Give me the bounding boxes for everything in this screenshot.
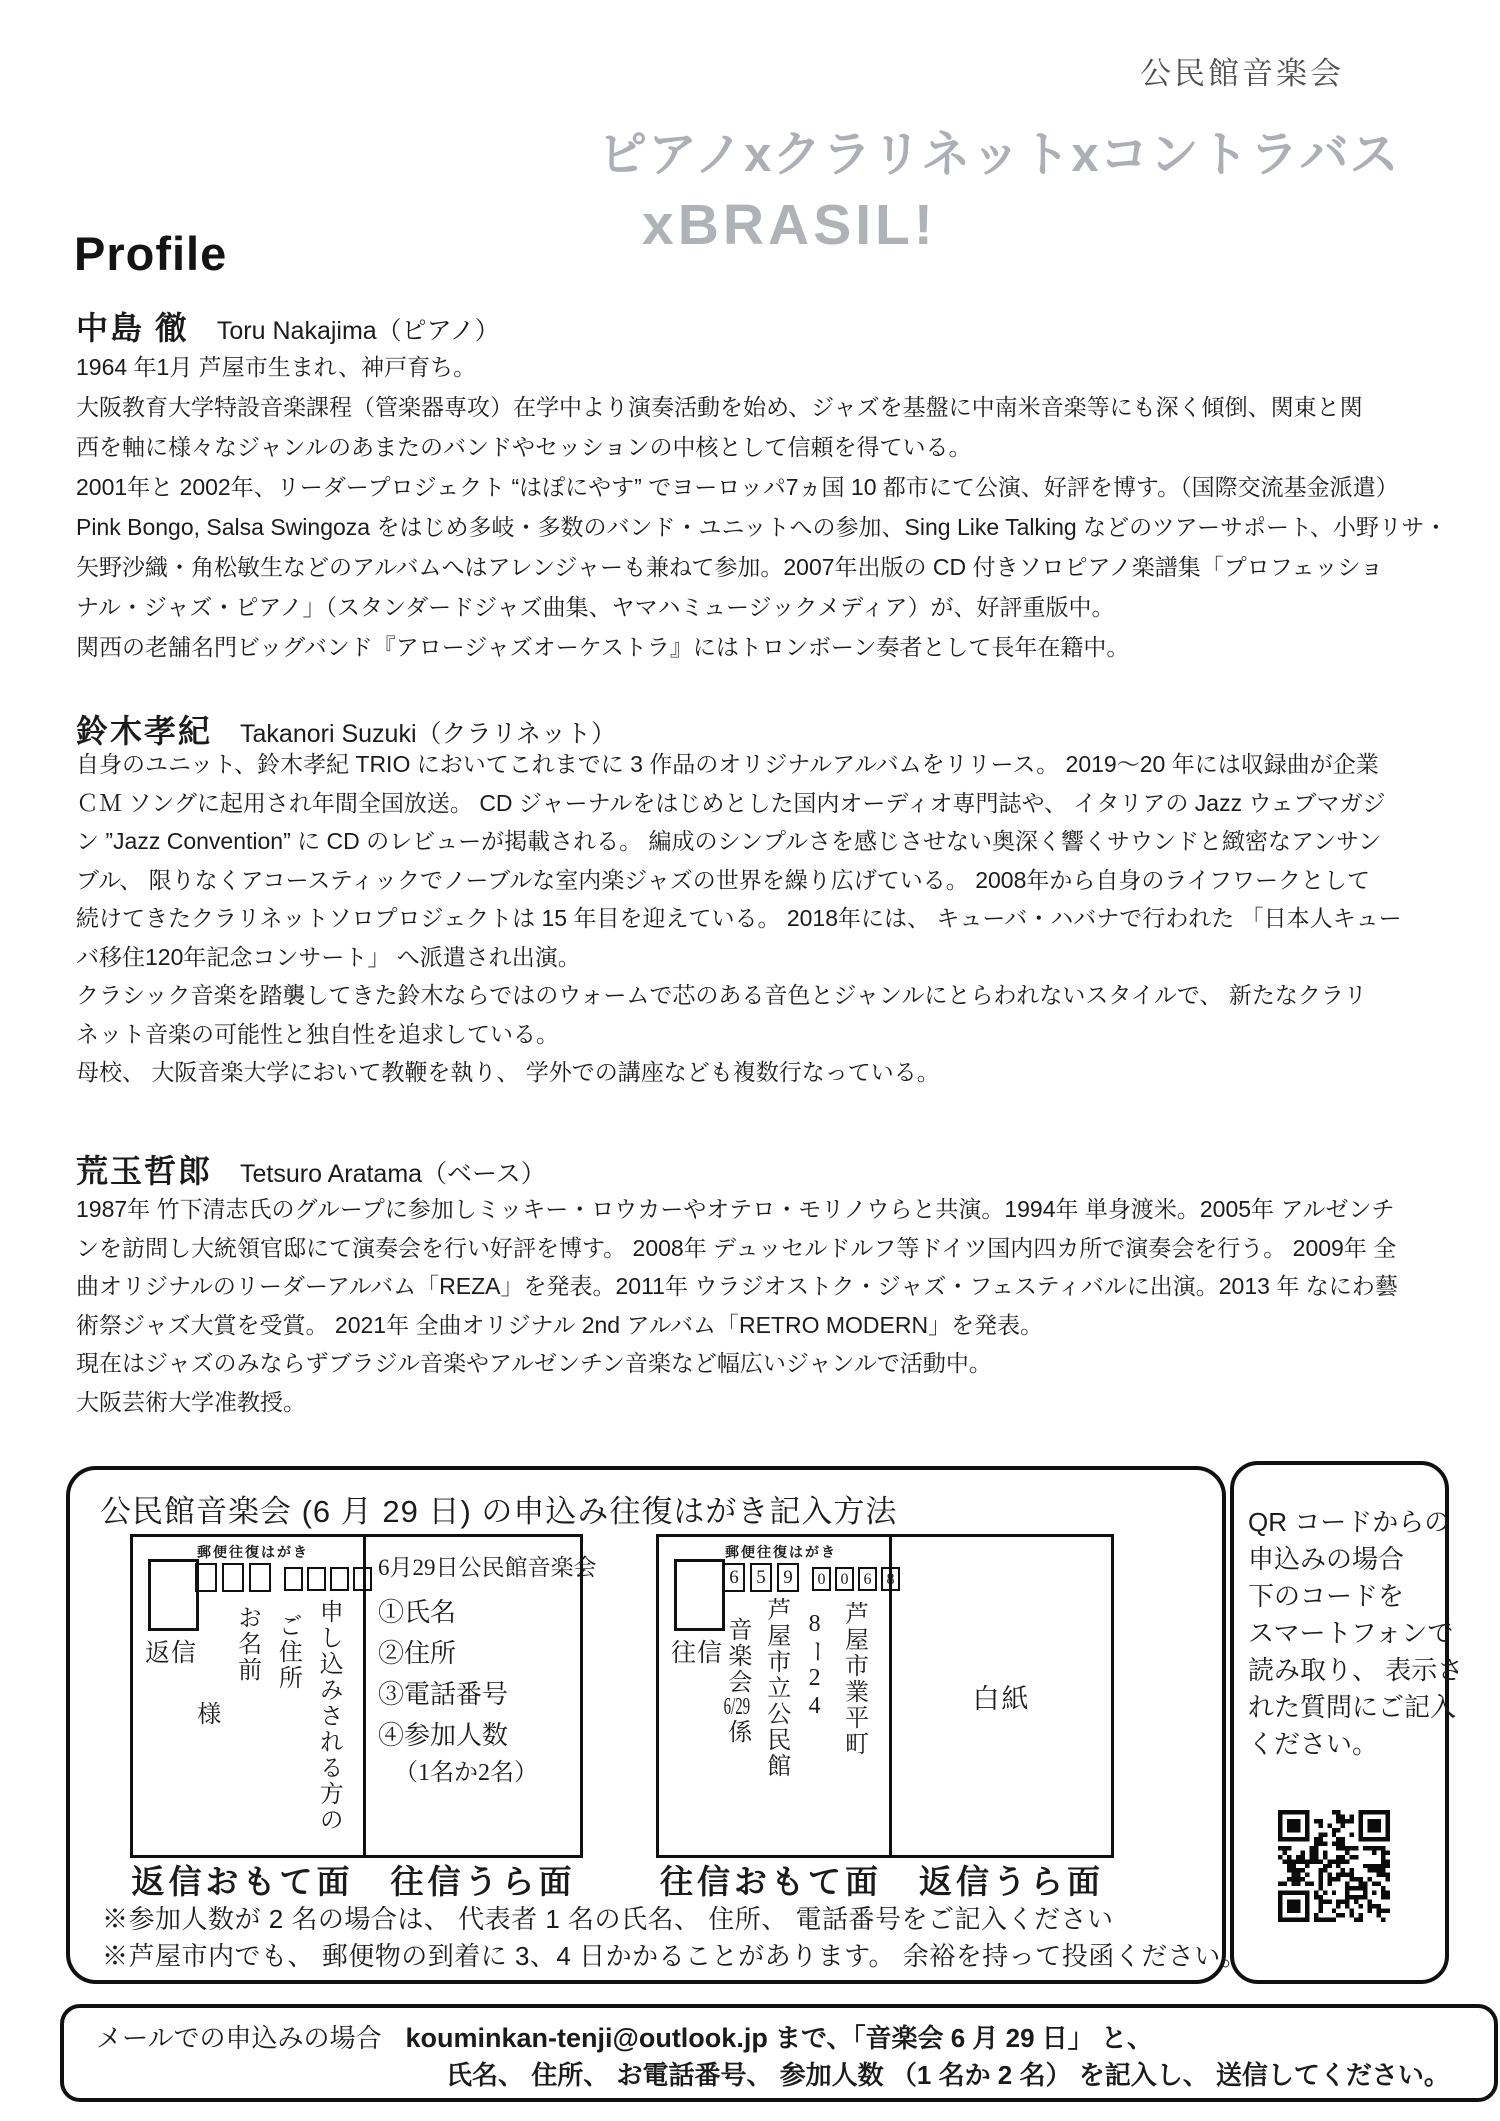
bio-line: ンを訪問し大統領官邸にて演奏会を行い好評を博す。 2008年 デュッセルドルフ等… — [76, 1229, 1480, 1268]
bio-line: ネット音楽の可能性と独自性を追求している。 — [76, 1015, 1480, 1054]
profile-heading: Profile — [74, 226, 227, 281]
bio-line: バ移住120年記念コンサート」 へ派遣され出演。 — [76, 938, 1480, 977]
card-item: ②住所 — [378, 1633, 574, 1674]
postal-box — [307, 1567, 326, 1591]
email-address: kouminkan-tenji@outlook.jp — [405, 2023, 767, 2053]
hagaki-label: 郵便往復はがき — [197, 1542, 309, 1562]
vertical-line: 芦屋市業平町 — [834, 1593, 873, 1849]
qr-text-line: 読み取り、 表示さ — [1248, 1652, 1463, 1689]
member-2-romaji: Takanori Suzuki（クラリネット） — [240, 720, 616, 748]
member-3-bio: 1987年 竹下清志氏のグループに参加しミッキー・ロウカーやオテロ・モリノウらと… — [76, 1190, 1480, 1421]
note-2: ※芦屋市内でも、 郵便物の到着に 3、4 日かかることがあります。 余裕を持って… — [102, 1936, 1247, 1973]
postal-digit: 6 — [858, 1567, 877, 1591]
member-2-bio: 自身のユニット、鈴木孝紀 TRIO においてこれまでに 3 作品のオリジナルアル… — [76, 745, 1480, 1092]
member-3-romaji: Tetsuro Aratama（ベース） — [240, 1160, 546, 1188]
postal-box — [249, 1563, 271, 1592]
dept-name: 音楽会 — [724, 1617, 750, 1695]
postcard-box-title: 公民館音楽会 (6 月 29 日) の申込み往復はがき記入方法 — [100, 1486, 897, 1531]
bio-line: 母校、 大阪音楽大学において教鞭を執り、 学外での講座なども複数行なっている。 — [76, 1053, 1480, 1092]
qr-instructions: QR コードからの 申込みの場合 下のコードを スマートフォンで 読み取り、 表… — [1248, 1504, 1463, 1763]
qr-text-line: QR コードからの — [1248, 1504, 1463, 1541]
scanned-flyer-page: 公民館音楽会 ピアノxクラリネットxコントラバス xBRASIL! Profil… — [0, 0, 1500, 2121]
bio-line: ナル・ジャズ・ピアノ」（スタンダードジャズ曲集、ヤマハミュージックメディア）が、… — [76, 587, 1480, 627]
vertical-line: ご住所 — [267, 1595, 308, 1847]
qr-text-line: 申込みの場合 — [1248, 1541, 1463, 1578]
mail-label: メールでの申込みの場合 — [96, 2023, 381, 2053]
bio-line: 2001年と 2002年、リーダープロジェクト “はぽにやす” でヨーロッパ7ヵ… — [76, 467, 1480, 507]
member-1-name: 中島 徹 — [76, 310, 189, 346]
send-postcard-diagram: 郵便往復はがき 6590068 往信 芦屋市業平町 8ー24 芦屋市立公民館 音… — [656, 1534, 1114, 1858]
bio-line: 関西の老舗名門ビッグバンド『アロージャズオーケストラ』にはトロンボーン奏者として… — [76, 627, 1480, 667]
reply-card-address-side: 郵便往復はがき 返信 申し込みされる方の ご住所 お名前 様 — [133, 1537, 363, 1855]
dept-suffix: 係 — [724, 1719, 750, 1745]
qr-text-line: ください。 — [1248, 1726, 1463, 1763]
send-card-address-side: 郵便往復はがき 6590068 往信 芦屋市業平町 8ー24 芦屋市立公民館 音… — [659, 1537, 889, 1855]
qr-code-svg — [1278, 1810, 1390, 1922]
mail-line-2: 氏名、 住所、 お電話番号、 参加人数 （1 名か 2 名） を記入し、 送信し… — [446, 2055, 1450, 2092]
bio-line: ＣＭ ソングに起用され年間全国放送。 CD ジャーナルをはじめとした国内オーディ… — [76, 784, 1480, 823]
reply-card-message-side: 6月29日公民館音楽会 ①氏名 ②住所 ③電話番号 ④参加人数 （1名か2名） — [363, 1537, 580, 1855]
postal-box — [222, 1563, 244, 1592]
postal-digit: 6 — [723, 1563, 745, 1592]
bio-line: 術祭ジャズ大賞を受賞。 2021年 全曲オリジナル 2nd アルバム「RETRO… — [76, 1306, 1480, 1345]
qr-text-line: 下のコードを — [1248, 1578, 1463, 1615]
send-address-vertical-text: 芦屋市業平町 8ー24 芦屋市立公民館 音楽会6/29係 — [717, 1593, 873, 1849]
vertical-line: 様 — [185, 1595, 226, 1847]
hagaki-label: 郵便往復はがき — [725, 1542, 837, 1562]
member-3-name: 荒玉哲郎 — [76, 1153, 212, 1189]
member-1-bio: 1964 年1月 芦屋市生まれ、神戸育ち。 大阪教育大学特設音楽課程（管楽器専攻… — [76, 347, 1480, 667]
reply-recipient-vertical-text: 申し込みされる方の ご住所 お名前 様 — [185, 1595, 348, 1847]
card-item: ①氏名 — [378, 1592, 574, 1633]
bio-line: 西を軸に様々なジャンルのあまたのバンドやセッションの中核として信頼を得ている。 — [76, 427, 1480, 467]
sub-title: xBRASIL! — [642, 192, 937, 258]
bio-line: 1964 年1月 芦屋市生まれ、神戸育ち。 — [76, 347, 1480, 387]
vertical-line: 申し込みされる方の — [307, 1595, 348, 1847]
postal-code-boxes-filled: 6590068 — [723, 1563, 904, 1592]
reply-card-caption: 返信おもて面 往信うら面 — [130, 1856, 577, 1903]
corner-title: 公民館音楽会 — [1140, 48, 1344, 93]
bio-line: 大阪教育大学特設音楽課程（管楽器専攻）在学中より演奏活動を始め、ジャズを基盤に中… — [76, 387, 1480, 427]
card-item: （1名か2名） — [378, 1756, 574, 1790]
bio-line: 1987年 竹下清志氏のグループに参加しミッキー・ロウカーやオテロ・モリノウらと… — [76, 1190, 1480, 1229]
reply-postcard-diagram: 郵便往復はがき 返信 申し込みされる方の ご住所 お名前 様 6月29日公民館音… — [130, 1534, 583, 1858]
bio-line: 曲オリジナルのリーダーアルバム「REZA」を発表。2011年 ウラジオストク・ジ… — [76, 1267, 1480, 1306]
vertical-line: お名前 — [226, 1595, 267, 1847]
send-card-caption: 往信おもて面 返信うら面 — [656, 1856, 1108, 1903]
bio-line: 自身のユニット、鈴木孝紀 TRIO においてこれまでに 3 作品のオリジナルアル… — [76, 745, 1480, 784]
qr-code — [1278, 1810, 1390, 1922]
note-1: ※参加人数が 2 名の場合は、 代表者 1 名の氏名、 住所、 電話番号をご記入… — [102, 1899, 1114, 1936]
bio-line: クラシック音楽を踏襲してきた鈴木ならではのウォームで芯のある音色とジャンルにとら… — [76, 976, 1480, 1015]
bio-line: 現在はジャズのみならずブラジル音楽やアルゼンチン音楽など幅広いジャンルで活動中。 — [76, 1344, 1480, 1383]
qr-text-line: スマートフォンで — [1248, 1615, 1463, 1652]
member-2-name: 鈴木孝紀 — [76, 713, 212, 749]
postal-box — [284, 1567, 303, 1591]
bio-line: 続けてきたクラリネットソロプロジェクトは 15 年目を迎えている。 2018年に… — [76, 899, 1480, 938]
postal-digit: 0 — [812, 1567, 831, 1591]
mail-line1-rest: まで、「音楽会 6 月 29 日」 と、 — [768, 2023, 1153, 2053]
postal-digit: 0 — [835, 1567, 854, 1591]
mail-line-1: メールでの申込みの場合kouminkan-tenji@outlook.jp まで… — [96, 2018, 1153, 2055]
vertical-line: 芦屋市立公民館 — [756, 1593, 795, 1849]
bio-line: 大阪芸術大学准教授。 — [76, 1383, 1480, 1422]
bio-line: ブル、 限りなくアコースティックでノーブルな室内楽ジャズの世界を繰り広げている。… — [76, 861, 1480, 900]
member-1-romaji: Toru Nakajima（ピアノ） — [217, 317, 500, 345]
bio-line: 矢野沙織・角松敏生などのアルバムへはアレンジャーも兼ねて参加。2007年出版の … — [76, 547, 1480, 587]
dept-date: 6/29 — [724, 1695, 750, 1719]
send-card-blank-side: 白紙 — [889, 1537, 1111, 1855]
card-item: ③電話番号 — [378, 1674, 574, 1715]
card-item: ④参加人数 — [378, 1715, 574, 1756]
main-title: ピアノxクラリネットxコントラバス — [598, 116, 1400, 186]
reply-card-items: ①氏名 ②住所 ③電話番号 ④参加人数 （1名か2名） — [378, 1592, 574, 1790]
vertical-line: 8ー24 — [795, 1593, 834, 1849]
member-3-heading: 荒玉哲郎Tetsuro Aratama（ベース） — [76, 1146, 546, 1192]
postal-box — [330, 1567, 349, 1591]
postal-digit: 9 — [777, 1563, 799, 1592]
reply-card-title: 6月29日公民館音楽会 — [378, 1549, 574, 1582]
send-stamp-label: 往信 — [671, 1633, 723, 1669]
vertical-line-dept: 音楽会6/29係 — [717, 1593, 756, 1849]
bio-line: Pink Bongo, Salsa Swingoza をはじめ多岐・多数のバンド… — [76, 507, 1480, 547]
bio-line: ン ”Jazz Convention” に CD のレビューが掲載される。 編成… — [76, 822, 1480, 861]
postal-code-boxes-empty — [195, 1563, 376, 1592]
blank-label: 白紙 — [973, 1677, 1031, 1716]
postal-digit: 5 — [750, 1563, 772, 1592]
qr-text-line: れた質問にご記入 — [1248, 1689, 1463, 1726]
member-1-heading: 中島 徹Toru Nakajima（ピアノ） — [76, 303, 500, 349]
